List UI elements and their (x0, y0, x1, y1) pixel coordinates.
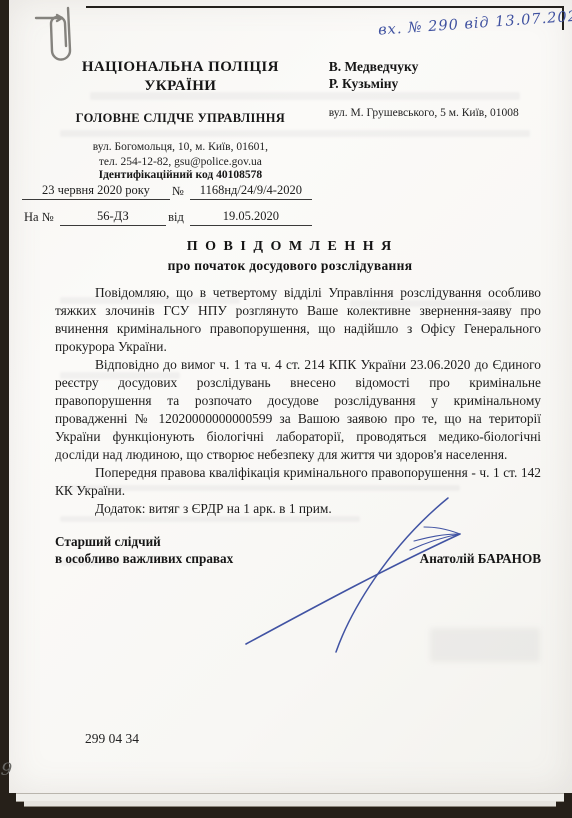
footer-phone: 299 04 34 (85, 731, 139, 747)
document-number: 1168нд/24/9/4-2020 (190, 183, 312, 200)
letterhead: НАЦІОНАЛЬНА ПОЛІЦІЯ УКРАЇНИ ГОЛОВНЕ СЛІД… (60, 58, 560, 181)
document-date: 23 червня 2020 року (22, 183, 170, 200)
body-paragraph-3: Попередня правова кваліфікація криміналь… (55, 464, 541, 500)
reference-block: 23 червня 2020 року № 1168нд/24/9/4-2020… (22, 183, 312, 235)
recipient-name-2: Р. Кузьміну (329, 75, 560, 92)
reply-to-label: На № (22, 210, 60, 226)
reply-reference-row: На № 56-ДЗ від 19.05.2020 (22, 209, 312, 226)
org-address-line2: тел. 254-12-82, gsu@police.gov.ua (60, 155, 301, 170)
signer-position-line2: в особливо важливих справах (55, 550, 233, 567)
signer-position: Старший слідчий в особливо важливих спра… (55, 533, 233, 567)
reply-number: 56-ДЗ (60, 209, 166, 226)
paper-stack-edge (24, 801, 556, 807)
recipient-address: вул. М. Грушевського, 5 м. Київ, 01008 (329, 107, 560, 119)
body-paragraph-2: Відповідно до вимог ч. 1 та ч. 4 ст. 214… (55, 356, 541, 464)
outgoing-reference-row: 23 червня 2020 року № 1168нд/24/9/4-2020 (22, 183, 312, 200)
document-title: П О В І Д О М Л Е Н Н Я (40, 239, 540, 255)
org-department: ГОЛОВНЕ СЛІДЧЕ УПРАВЛІННЯ (60, 111, 301, 126)
body-paragraph-1: Повідомляю, що в четвертому відділі Упра… (55, 284, 541, 356)
org-id-code: Ідентифікаційний код 40108578 (60, 169, 301, 181)
recipient-block: В. Медведчуку Р. Кузьміну вул. М. Грушев… (301, 58, 560, 181)
scanned-document: вх. № 290 від 13.07.2020 НАЦІОНАЛЬНА ПОЛ… (0, 0, 572, 818)
signer-name: Анатолій БАРАНОВ (420, 551, 541, 567)
org-name-line2: УКРАЇНИ (60, 77, 301, 96)
document-body: Повідомляю, що в четвертому відділі Упра… (55, 284, 541, 518)
bleedthrough-artifact (430, 628, 540, 662)
signer-position-line1: Старший слідчий (55, 533, 233, 550)
org-address-line1: вул. Богомольця, 10, м. Київ, 01601, (60, 140, 301, 155)
org-name-line1: НАЦІОНАЛЬНА ПОЛІЦІЯ (60, 58, 301, 77)
document-subtitle: про початок досудового розслідування (40, 258, 540, 274)
recipient-name-1: В. Медведчуку (329, 58, 560, 75)
attachment-line: Додаток: витяг з ЄРДР на 1 арк. в 1 прим… (55, 500, 541, 518)
document-title-block: П О В І Д О М Л Е Н Н Я про початок досу… (40, 239, 540, 274)
handwritten-page-number: 9 (0, 759, 13, 780)
from-label: від (166, 210, 190, 226)
sender-block: НАЦІОНАЛЬНА ПОЛІЦІЯ УКРАЇНИ ГОЛОВНЕ СЛІД… (60, 58, 301, 181)
signature-block: Старший слідчий в особливо важливих спра… (55, 533, 541, 567)
number-sign-label: № (170, 184, 190, 200)
reply-date: 19.05.2020 (190, 209, 312, 226)
